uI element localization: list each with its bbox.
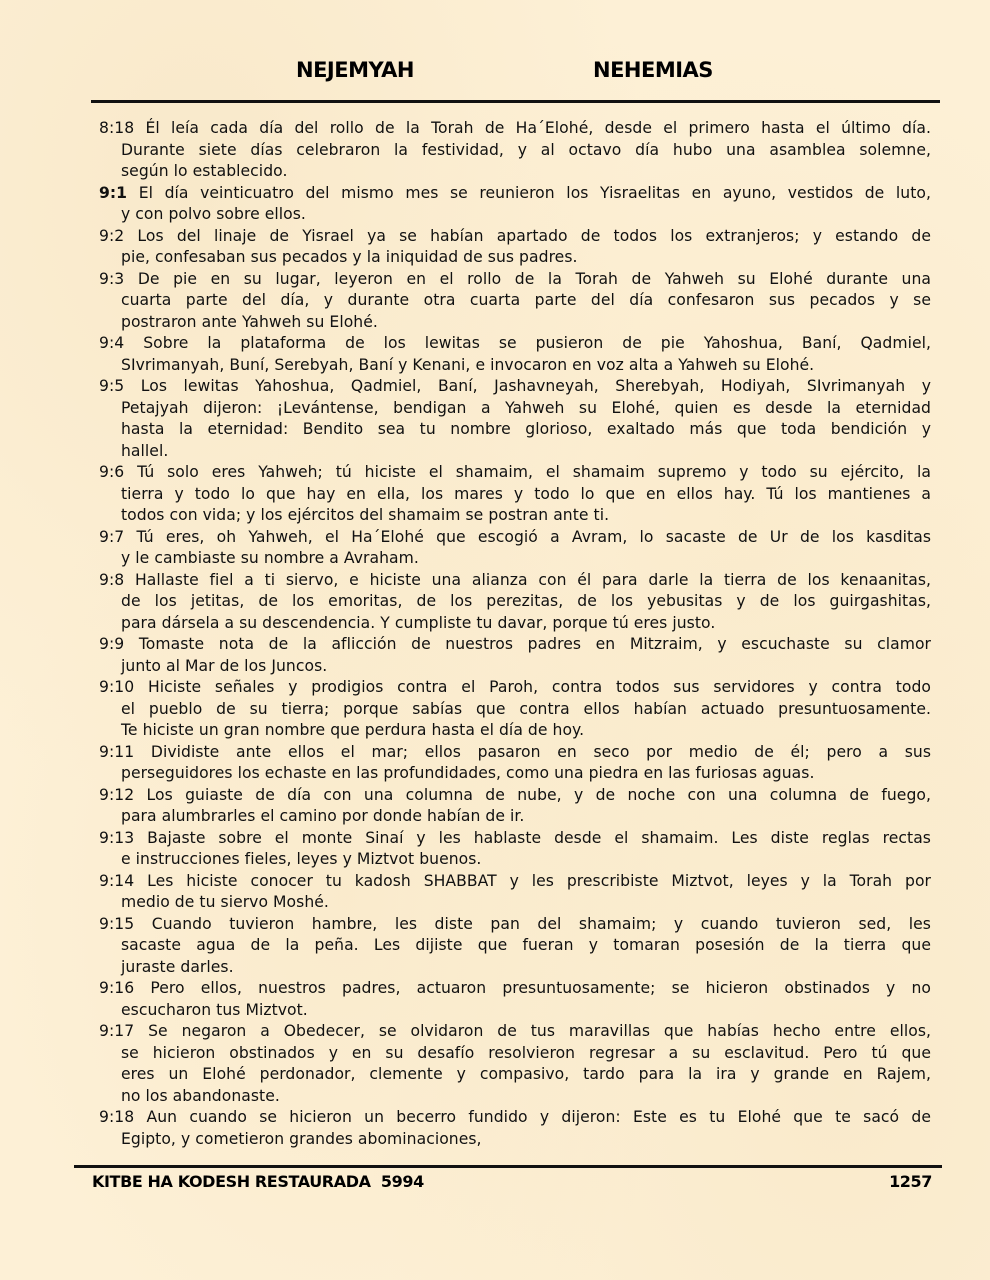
verse: 9:18 Aun cuando se hicieron un becerro f… bbox=[99, 1107, 931, 1150]
verse-text: Bajaste sobre el monte Sinaí y les habla… bbox=[147, 829, 931, 847]
verse-line: Te hiciste un gran nombre que perdura ha… bbox=[99, 720, 931, 742]
verse-line: Durante siete días celebraron la festivi… bbox=[99, 140, 931, 162]
verse: 9:6 Tú solo eres Yahweh; tú hiciste el s… bbox=[99, 462, 931, 527]
verse: 9:17 Se negaron a Obedecer, se olvidaron… bbox=[99, 1021, 931, 1107]
verse-line: 9:8 Hallaste fiel a ti siervo, e hiciste… bbox=[99, 570, 931, 592]
verse-text: se hicieron obstinados y en su desafío r… bbox=[121, 1044, 931, 1062]
verse-line: de los jetitas, de los emoritas, de los … bbox=[99, 591, 931, 613]
verse-line: hallel. bbox=[99, 441, 931, 463]
verse-line: perseguidores los echaste en las profund… bbox=[99, 763, 931, 785]
verse-line: Egipto, y cometieron grandes abominacion… bbox=[99, 1129, 931, 1151]
verse-line: SIvrimanyah, Buní, Serebyah, Baní y Kena… bbox=[99, 355, 931, 377]
verse-text: junto al Mar de los Juncos. bbox=[121, 657, 327, 675]
verse-line: 9:10 Hiciste señales y prodigios contra … bbox=[99, 677, 931, 699]
verse-line: 9:14 Les hiciste conocer tu kadosh SHABB… bbox=[99, 871, 931, 893]
verse-reference: 9:10 bbox=[99, 678, 134, 696]
verse: 9:14 Les hiciste conocer tu kadosh SHABB… bbox=[99, 871, 931, 914]
verse-text: hallel. bbox=[121, 442, 168, 460]
verse-text: SIvrimanyah, Buní, Serebyah, Baní y Kena… bbox=[121, 356, 814, 374]
verse-text: juraste darles. bbox=[121, 958, 234, 976]
verse-line: 9:13 Bajaste sobre el monte Sinaí y les … bbox=[99, 828, 931, 850]
verse-line: 9:16 Pero ellos, nuestros padres, actuar… bbox=[99, 978, 931, 1000]
verse-text: postraron ante Yahweh su Elohé. bbox=[121, 313, 378, 331]
verse-line: escucharon tus Miztvot. bbox=[99, 1000, 931, 1022]
verse-text: y le cambiaste su nombre a Avraham. bbox=[121, 549, 419, 567]
verse-reference: 9:14 bbox=[99, 872, 134, 890]
verse-line: Petajyah dijeron: ¡Levántense, bendigan … bbox=[99, 398, 931, 420]
page-title-spanish: NEHEMIAS bbox=[593, 58, 713, 82]
verse-text: escucharon tus Miztvot. bbox=[121, 1001, 308, 1019]
verse: 9:1 El día veinticuatro del mismo mes se… bbox=[99, 183, 931, 226]
verse-line: 9:15 Cuando tuvieron hambre, les diste p… bbox=[99, 914, 931, 936]
verse-reference: 9:2 bbox=[99, 227, 124, 245]
verse-text: Petajyah dijeron: ¡Levántense, bendigan … bbox=[121, 399, 931, 417]
verse-text: Dividiste ante ellos el mar; ellos pasar… bbox=[151, 743, 931, 761]
verse-text: perseguidores los echaste en las profund… bbox=[121, 764, 814, 782]
verse-line: según lo establecido. bbox=[99, 161, 931, 183]
verse-text: Los guiaste de día con una columna de nu… bbox=[147, 786, 931, 804]
verse-text: Pero ellos, nuestros padres, actuaron pr… bbox=[150, 979, 931, 997]
verse-reference: 9:16 bbox=[99, 979, 134, 997]
verse: 9:16 Pero ellos, nuestros padres, actuar… bbox=[99, 978, 931, 1021]
verse: 9:4 Sobre la plataforma de los lewitas s… bbox=[99, 333, 931, 376]
verse-text: Cuando tuvieron hambre, les diste pan de… bbox=[152, 915, 931, 933]
verse-text: Les hiciste conocer tu kadosh SHABBAT y … bbox=[147, 872, 931, 890]
verse-text: para alumbrarles el camino por donde hab… bbox=[121, 807, 524, 825]
verse-line: y con polvo sobre ellos. bbox=[99, 204, 931, 226]
verse-reference: 9:4 bbox=[99, 334, 124, 352]
verse-text: sacaste agua de la peña. Les dijiste que… bbox=[121, 936, 931, 954]
verse: 9:2 Los del linaje de Yisrael ya se habí… bbox=[99, 226, 931, 269]
verse-text: Durante siete días celebraron la festivi… bbox=[121, 141, 931, 159]
verse-line: el pueblo de su tierra; porque sabías qu… bbox=[99, 699, 931, 721]
verse: 9:15 Cuando tuvieron hambre, les diste p… bbox=[99, 914, 931, 979]
verse: 9:8 Hallaste fiel a ti siervo, e hiciste… bbox=[99, 570, 931, 635]
verse-reference: 9:17 bbox=[99, 1022, 134, 1040]
verse-text: Sobre la plataforma de los lewitas se pu… bbox=[143, 334, 931, 352]
verse-text: para dársela a su descendencia. Y cumpli… bbox=[121, 614, 715, 632]
verse-reference: 9:15 bbox=[99, 915, 134, 933]
verse-line: y le cambiaste su nombre a Avraham. bbox=[99, 548, 931, 570]
verse-text: de los jetitas, de los emoritas, de los … bbox=[121, 592, 931, 610]
verse-line: cuarta parte del día, y durante otra cua… bbox=[99, 290, 931, 312]
verse-line: 9:18 Aun cuando se hicieron un becerro f… bbox=[99, 1107, 931, 1129]
verse-reference: 9:7 bbox=[99, 528, 124, 546]
verse-text: pie, confesaban sus pecados y la iniquid… bbox=[121, 248, 578, 266]
verse-line: juraste darles. bbox=[99, 957, 931, 979]
verse-text: El día veinticuatro del mismo mes se reu… bbox=[139, 184, 931, 202]
verse-reference: 9:13 bbox=[99, 829, 134, 847]
verse-line: se hicieron obstinados y en su desafío r… bbox=[99, 1043, 931, 1065]
verse-text: todos con vida; y los ejércitos del sham… bbox=[121, 506, 609, 524]
verse-text: Te hiciste un gran nombre que perdura ha… bbox=[121, 721, 584, 739]
verse-reference: 9:18 bbox=[99, 1108, 134, 1126]
verse-line: 9:12 Los guiaste de día con una columna … bbox=[99, 785, 931, 807]
verse-text: e instrucciones fieles, leyes y Miztvot … bbox=[121, 850, 481, 868]
verse-line: para dársela a su descendencia. Y cumpli… bbox=[99, 613, 931, 635]
verse-line: hasta la eternidad: Bendito sea tu nombr… bbox=[99, 419, 931, 441]
verse: 8:18 Él leía cada día del rollo de la To… bbox=[99, 118, 931, 183]
header-divider bbox=[91, 100, 940, 103]
verse-reference: 9:11 bbox=[99, 743, 134, 761]
verse-line: 9:2 Los del linaje de Yisrael ya se habí… bbox=[99, 226, 931, 248]
verse-line: e instrucciones fieles, leyes y Miztvot … bbox=[99, 849, 931, 871]
verse-text: el pueblo de su tierra; porque sabías qu… bbox=[121, 700, 931, 718]
verse-line: postraron ante Yahweh su Elohé. bbox=[99, 312, 931, 334]
verse-list: 8:18 Él leía cada día del rollo de la To… bbox=[99, 118, 931, 1150]
verse-text: De pie en su lugar, leyeron en el rollo … bbox=[138, 270, 931, 288]
page-number: 1257 bbox=[889, 1172, 932, 1191]
verse-text: y con polvo sobre ellos. bbox=[121, 205, 306, 223]
verse-reference: 9:12 bbox=[99, 786, 134, 804]
verse-line: medio de tu siervo Moshé. bbox=[99, 892, 931, 914]
verse-text: Los lewitas Yahoshua, Qadmiel, Baní, Jas… bbox=[141, 377, 931, 395]
verse-text: cuarta parte del día, y durante otra cua… bbox=[121, 291, 931, 309]
verse-line: junto al Mar de los Juncos. bbox=[99, 656, 931, 678]
verse-reference: 9:6 bbox=[99, 463, 124, 481]
verse: 9:5 Los lewitas Yahoshua, Qadmiel, Baní,… bbox=[99, 376, 931, 462]
verse-reference: 9:8 bbox=[99, 571, 124, 589]
verse: 9:13 Bajaste sobre el monte Sinaí y les … bbox=[99, 828, 931, 871]
verse-reference: 8:18 bbox=[99, 119, 134, 137]
footer-divider bbox=[74, 1165, 942, 1168]
verse-text: según lo establecido. bbox=[121, 162, 287, 180]
verse-line: sacaste agua de la peña. Les dijiste que… bbox=[99, 935, 931, 957]
verse-reference: 9:3 bbox=[99, 270, 124, 288]
verse-line: 8:18 Él leía cada día del rollo de la To… bbox=[99, 118, 931, 140]
verse-line: todos con vida; y los ejércitos del sham… bbox=[99, 505, 931, 527]
verse: 9:9 Tomaste nota de la aflicción de nues… bbox=[99, 634, 931, 677]
verse-text: tierra y todo lo que hay en ella, los ma… bbox=[121, 485, 931, 503]
verse-text: Tú solo eres Yahweh; tú hiciste el shama… bbox=[137, 463, 931, 481]
verse: 9:7 Tú eres, oh Yahweh, el Ha´Elohé que … bbox=[99, 527, 931, 570]
verse-text: hasta la eternidad: Bendito sea tu nombr… bbox=[121, 420, 931, 438]
verse-text: Hiciste señales y prodigios contra el Pa… bbox=[148, 678, 931, 696]
verse-line: 9:4 Sobre la plataforma de los lewitas s… bbox=[99, 333, 931, 355]
verse-text: Aun cuando se hicieron un becerro fundid… bbox=[146, 1108, 931, 1126]
page-title-hebrew: NEJEMYAH bbox=[296, 58, 414, 82]
verse-line: 9:7 Tú eres, oh Yahweh, el Ha´Elohé que … bbox=[99, 527, 931, 549]
verse: 9:12 Los guiaste de día con una columna … bbox=[99, 785, 931, 828]
verse-line: 9:9 Tomaste nota de la aflicción de nues… bbox=[99, 634, 931, 656]
verse: 9:11 Dividiste ante ellos el mar; ellos … bbox=[99, 742, 931, 785]
verse-text: Tú eres, oh Yahweh, el Ha´Elohé que esco… bbox=[136, 528, 931, 546]
footer-book-title: KITBE HA KODESH RESTAURADA 5994 bbox=[92, 1172, 424, 1191]
verse-reference: 9:1 bbox=[99, 184, 127, 202]
verse-text: no los abandonaste. bbox=[121, 1087, 280, 1105]
verse-line: 9:11 Dividiste ante ellos el mar; ellos … bbox=[99, 742, 931, 764]
verse-text: Hallaste fiel a ti siervo, e hiciste una… bbox=[135, 571, 931, 589]
verse-line: para alumbrarles el camino por donde hab… bbox=[99, 806, 931, 828]
verse-line: 9:5 Los lewitas Yahoshua, Qadmiel, Baní,… bbox=[99, 376, 931, 398]
verse-reference: 9:5 bbox=[99, 377, 124, 395]
verse-text: medio de tu siervo Moshé. bbox=[121, 893, 329, 911]
verse-line: 9:1 El día veinticuatro del mismo mes se… bbox=[99, 183, 931, 205]
verse-line: pie, confesaban sus pecados y la iniquid… bbox=[99, 247, 931, 269]
verse-line: no los abandonaste. bbox=[99, 1086, 931, 1108]
verse: 9:10 Hiciste señales y prodigios contra … bbox=[99, 677, 931, 742]
verse-text: Tomaste nota de la aflicción de nuestros… bbox=[139, 635, 931, 653]
verse-line: 9:3 De pie en su lugar, leyeron en el ro… bbox=[99, 269, 931, 291]
verse-reference: 9:9 bbox=[99, 635, 124, 653]
verse-line: tierra y todo lo que hay en ella, los ma… bbox=[99, 484, 931, 506]
verse-text: Egipto, y cometieron grandes abominacion… bbox=[121, 1130, 482, 1148]
verse-line: 9:6 Tú solo eres Yahweh; tú hiciste el s… bbox=[99, 462, 931, 484]
verse-line: 9:17 Se negaron a Obedecer, se olvidaron… bbox=[99, 1021, 931, 1043]
verse: 9:3 De pie en su lugar, leyeron en el ro… bbox=[99, 269, 931, 334]
verse-text: Él leía cada día del rollo de la Torah d… bbox=[145, 119, 931, 137]
verse-text: eres un Elohé perdonador, clemente y com… bbox=[121, 1065, 931, 1083]
verse-line: eres un Elohé perdonador, clemente y com… bbox=[99, 1064, 931, 1086]
verse-text: Los del linaje de Yisrael ya se habían a… bbox=[137, 227, 931, 245]
verse-text: Se negaron a Obedecer, se olvidaron de t… bbox=[148, 1022, 931, 1040]
